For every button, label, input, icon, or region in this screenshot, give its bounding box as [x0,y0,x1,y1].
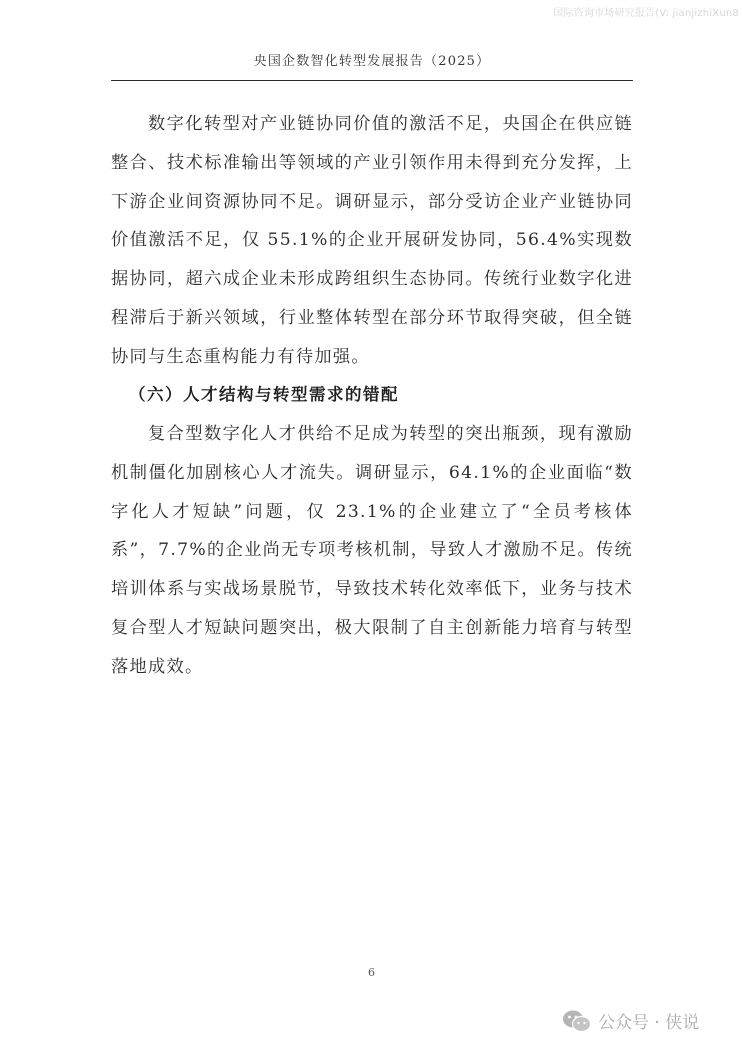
page-number: 6 [0,966,743,979]
top-watermark: 国际咨询市场研究报告(V: jianjizhiXun8 [553,4,739,19]
watermark-label: 公众号 · 侠说 [598,1008,699,1033]
paragraph-industry-chain: 数字化转型对产业链协同价值的激活不足，央国企在供应链整合、技术标准输出等领域的产… [111,105,633,376]
running-header: 央国企数智化转型发展报告（2025） [111,50,633,69]
section-heading: （六）人才结构与转型需求的错配 [111,376,633,415]
paragraph-talent-structure: 复合型数字化人才供给不足成为转型的突出瓶颈，现有激励机制僵化加剧核心人才流失。调… [111,415,633,686]
bottom-watermark: 公众号 · 侠说 [562,1008,699,1033]
document-body: 数字化转型对产业链协同价值的激活不足，央国企在供应链整合、技术标准输出等领域的产… [111,105,633,686]
wechat-icon [562,1009,592,1033]
header-rule [111,80,633,81]
